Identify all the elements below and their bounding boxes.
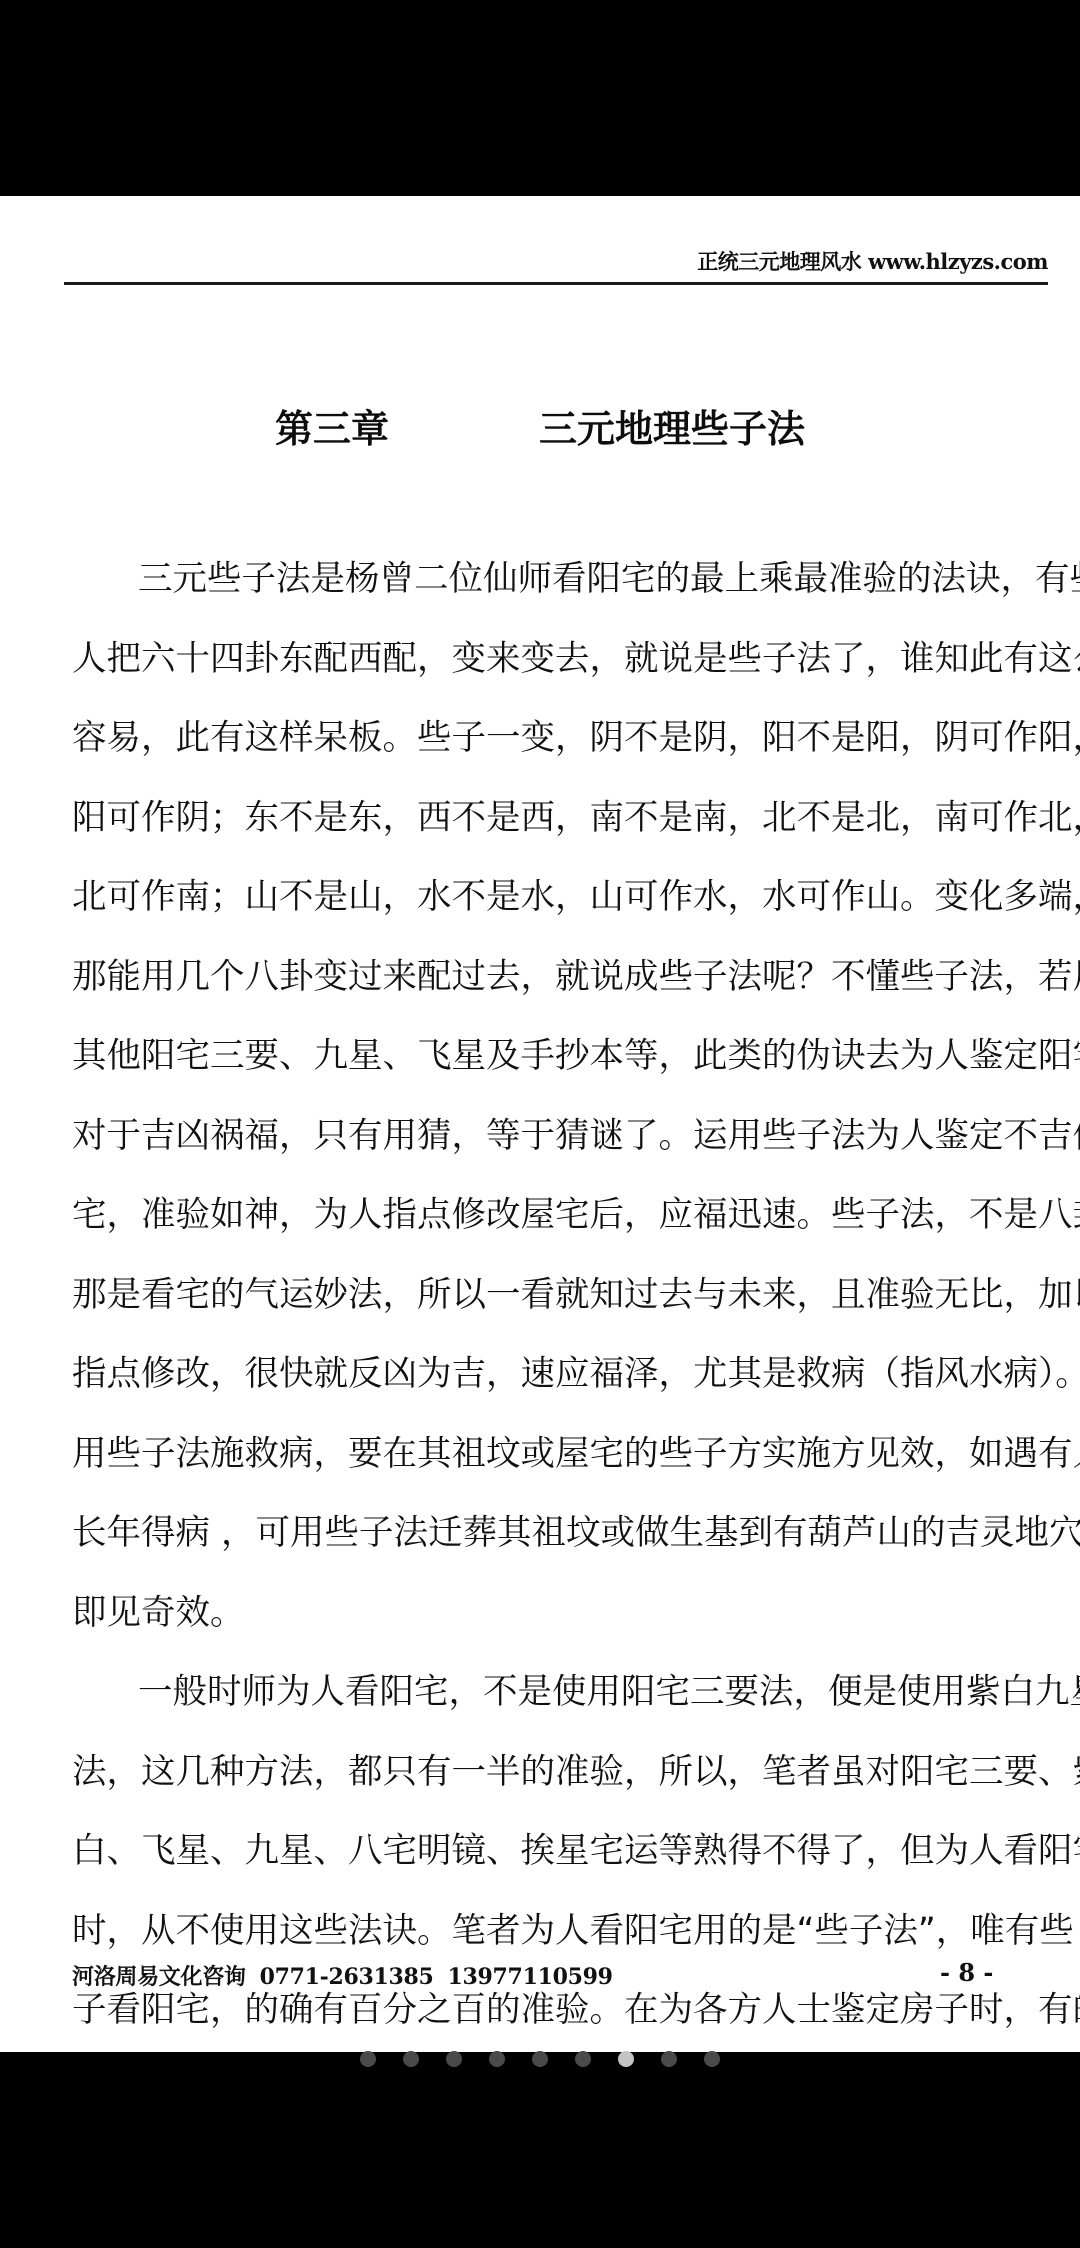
text-line: 对于吉凶祸福，只有用猜，等于猜谜了。运用些子法为人鉴定不吉住	[72, 1097, 1048, 1177]
text-line: 那能用几个八卦变过来配过去，就说成些子法呢？不懂些子法，若用	[72, 938, 1048, 1018]
page-dot-4[interactable]	[489, 2051, 505, 2067]
page-dot-1[interactable]	[360, 2051, 376, 2067]
page-dot-2[interactable]	[403, 2051, 419, 2067]
chapter-title: 三元地理些子法	[539, 407, 805, 451]
text-line: 指点修改，很快就反凶为吉，速应福泽，尤其是救病（指风水病）。	[72, 1335, 1048, 1415]
running-footer: 河洛周易文化咨询0771-263138513977110599	[72, 1960, 627, 1991]
body-text: 三元些子法是杨曾二位仙师看阳宅的最上乘最准验的法诀，有些 人把六十四卦东配西配，…	[72, 540, 1048, 2051]
publisher-name: 河洛周易文化咨询	[72, 1964, 246, 1990]
text-line: 一般时师为人看阳宅，不是使用阳宅三要法，便是使用紫白九星	[72, 1653, 1048, 1733]
chapter-heading: 第三章三元地理些子法	[0, 398, 1080, 453]
top-black-bar	[0, 0, 1080, 196]
page-dot-8[interactable]	[661, 2051, 677, 2067]
chapter-number: 第三章	[275, 398, 389, 453]
running-header: 正统三元地理风水 www.hlzyzs.com	[697, 246, 1048, 276]
text-line: 长年得病 ，可用些子法迁葬其祖坟或做生基到有葫芦山的吉灵地穴，	[72, 1494, 1048, 1574]
text-line: 那是看宅的气运妙法，所以一看就知过去与未来，且准验无比，加以	[72, 1256, 1048, 1336]
header-rule-divider	[64, 282, 1048, 285]
page-indicator-dots	[360, 2051, 720, 2071]
text-line: 其他阳宅三要、九星、飞星及手抄本等，此类的伪诀去为人鉴定阳宅，	[72, 1017, 1048, 1097]
document-page: 正统三元地理风水 www.hlzyzs.com 第三章三元地理些子法 三元些子法…	[0, 196, 1080, 2052]
text-line: 北可作南；山不是山，水不是水，山可作水，水可作山。变化多端，	[72, 858, 1048, 938]
text-line: 法，这几种方法，都只有一半的准验，所以，笔者虽对阳宅三要、紫	[72, 1733, 1048, 1813]
phone-number-2: 13977110599	[448, 1964, 613, 1990]
page-dot-6[interactable]	[575, 2051, 591, 2067]
text-line: 阳可作阴；东不是东，西不是西，南不是南，北不是北，南可作北，	[72, 779, 1048, 859]
page-number: - 8 -	[940, 1958, 993, 1987]
page-dot-3[interactable]	[446, 2051, 462, 2067]
page-dot-9[interactable]	[704, 2051, 720, 2067]
text-line: 容易，此有这样呆板。些子一变，阴不是阴，阳不是阳，阴可作阳，	[72, 699, 1048, 779]
text-line: 即见奇效。	[72, 1574, 1048, 1654]
text-line: 三元些子法是杨曾二位仙师看阳宅的最上乘最准验的法诀，有些	[72, 540, 1048, 620]
page-dot-5[interactable]	[532, 2051, 548, 2067]
paragraph-1: 三元些子法是杨曾二位仙师看阳宅的最上乘最准验的法诀，有些 人把六十四卦东配西配，…	[72, 540, 1048, 1653]
text-line: 宅，准验如神，为人指点修改屋宅后，应福迅速。些子法，不是八卦，	[72, 1176, 1048, 1256]
text-line: 白、飞星、九星、八宅明镜、挨星宅运等熟得不得了，但为人看阳宅	[72, 1812, 1048, 1892]
bottom-black-bar	[0, 2052, 1080, 2248]
text-line: 用些子法施救病，要在其祖坟或屋宅的些子方实施方见效，如遇有人	[72, 1415, 1048, 1495]
page-dot-7-active[interactable]	[618, 2051, 634, 2067]
phone-number-1: 0771-2631385	[260, 1964, 434, 1990]
text-line: 人把六十四卦东配西配，变来变去，就说是些子法了，谁知此有这么	[72, 620, 1048, 700]
